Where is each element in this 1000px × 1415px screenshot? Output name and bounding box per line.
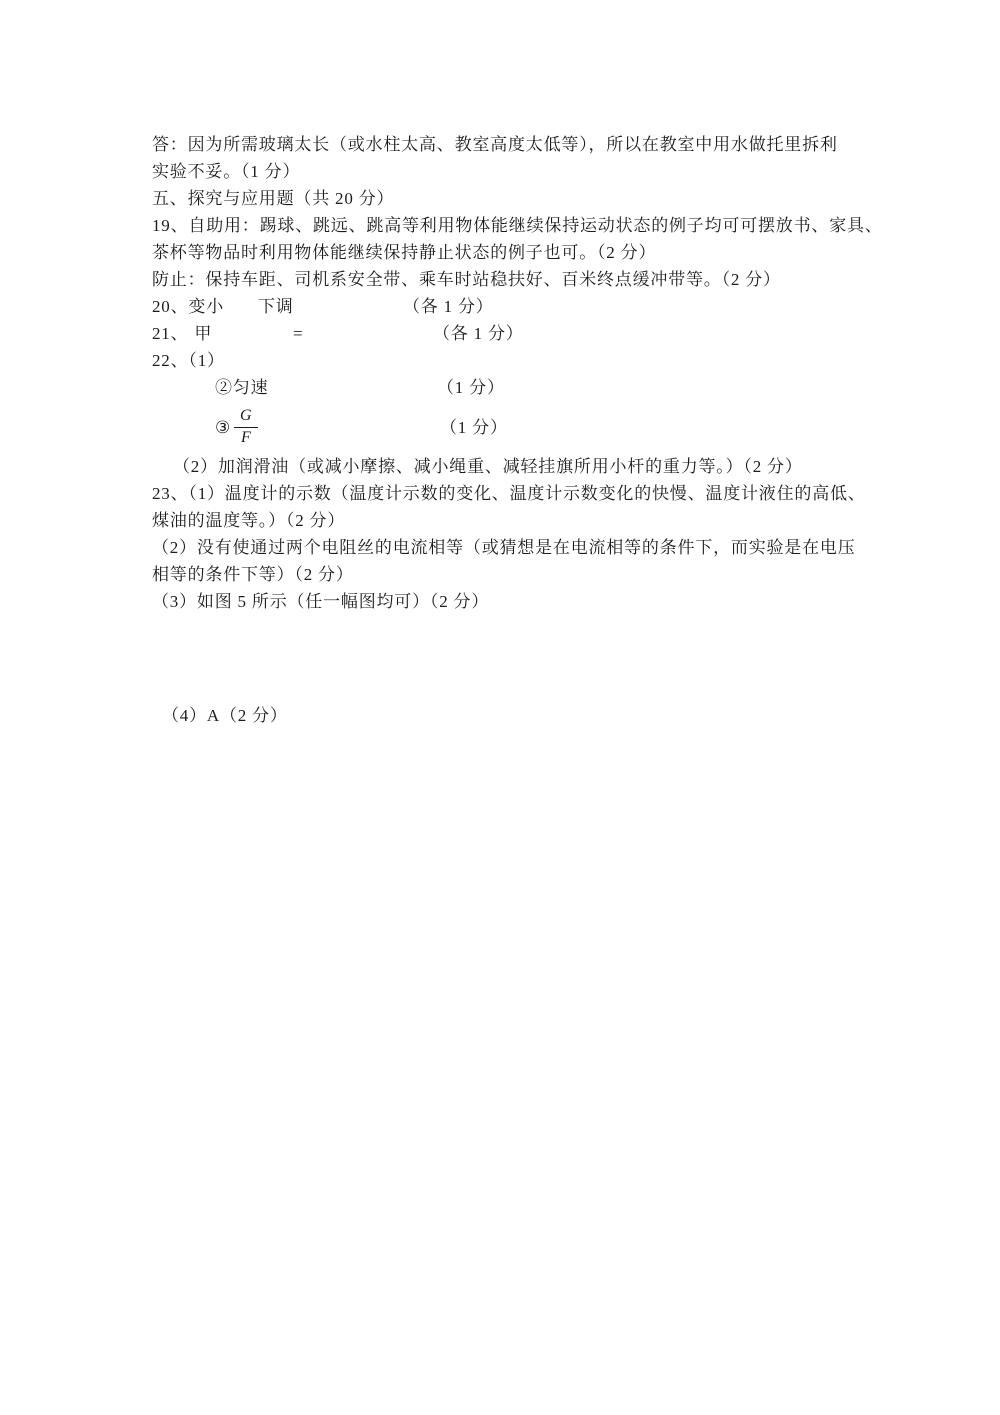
intro-answer-line-1: 答：因为所需玻璃太长（或水柱太高、教室高度太低等），所以在教室中用水做托里拆利 xyxy=(152,131,864,158)
q21-answer-row: 21、甲 = （各 1 分） xyxy=(152,320,864,347)
figure-5-blank-area xyxy=(152,615,864,702)
intro-answer-line-2: 实验不妥。（1 分） xyxy=(152,158,864,185)
document-content: 答：因为所需玻璃太长（或水柱太高、教室高度太低等），所以在教室中用水做托里拆利 … xyxy=(152,131,864,729)
q23-part1-line-1: 23、（1）温度计的示数（温度计示数的变化、温度计示数变化的快慢、温度计液住的高… xyxy=(152,480,864,507)
q22-item3-answer: ③ G F xyxy=(215,401,258,453)
q20-answer-row: 20、变小 下调 （各 1 分） xyxy=(152,293,864,320)
q23-part4-answer: （4）A（2 分） xyxy=(152,702,864,729)
fraction-denominator: F xyxy=(234,428,258,447)
q22-part2-answer: （2）加润滑油（或减小摩擦、减小绳重、减轻挂旗所用小杆的重力等。）（2 分） xyxy=(152,453,864,480)
q21-score: （各 1 分） xyxy=(433,320,524,347)
q23-part2-line-2: 相等的条件下等）（2 分） xyxy=(152,561,864,588)
q22-head: 22、（1） xyxy=(152,347,864,374)
q20-number-and-blank1: 20、变小 xyxy=(152,293,224,320)
q20-number: 20、 xyxy=(152,297,188,316)
section-5-heading: 五、探究与应用题（共 20 分） xyxy=(152,185,864,212)
q22-item3-score: （1 分） xyxy=(440,414,508,441)
q20-answer-blank1: 变小 xyxy=(188,297,224,316)
q21-number: 21、 xyxy=(152,324,188,343)
q22-item3-fraction-g-over-f: G F xyxy=(234,407,258,447)
q19-answer-line-2: 茶杯等物品时利用物体能继续保持静止状态的例子也可。（2 分） xyxy=(152,239,864,266)
q21-number-and-blank1: 21、甲 xyxy=(152,320,212,347)
q23-part3-answer: （3）如图 5 所示（任一幅图均可）（2 分） xyxy=(152,588,864,615)
fraction-numerator: G xyxy=(234,407,258,427)
q22-item2-row: ②匀速 （1 分） xyxy=(152,374,864,401)
q19-answer-line-1: 19、自助用：踢球、跳远、跳高等利用物体能继续保持运动状态的例子均可可摆放书、家… xyxy=(152,212,864,239)
q20-answer-blank2: 下调 xyxy=(258,293,294,320)
q19-answer-line-3: 防止：保持车距、司机系安全带、乘车时站稳扶好、百米终点缓冲带等。（2 分） xyxy=(152,266,864,293)
q22-item3-row: ③ G F （1 分） xyxy=(152,401,864,453)
q23-part2-line-1: （2）没有使通过两个电阻丝的电流相等（或猜想是在电流相等的条件下，而实验是在电压 xyxy=(152,534,864,561)
q20-score: （各 1 分） xyxy=(403,293,494,320)
q23-part1-line-2: 煤油的温度等。）（2 分） xyxy=(152,507,864,534)
q22-item2-answer: ②匀速 xyxy=(215,374,268,401)
q21-answer-blank2: = xyxy=(293,320,303,347)
q22-item3-circled-number: ③ xyxy=(215,414,231,441)
q21-answer-blank1: 甲 xyxy=(194,324,212,343)
answer-sheet-page: 答：因为所需玻璃太长（或水柱太高、教室高度太低等），所以在教室中用水做托里拆利 … xyxy=(0,0,1000,1415)
q22-item2-score: （1 分） xyxy=(437,374,505,401)
